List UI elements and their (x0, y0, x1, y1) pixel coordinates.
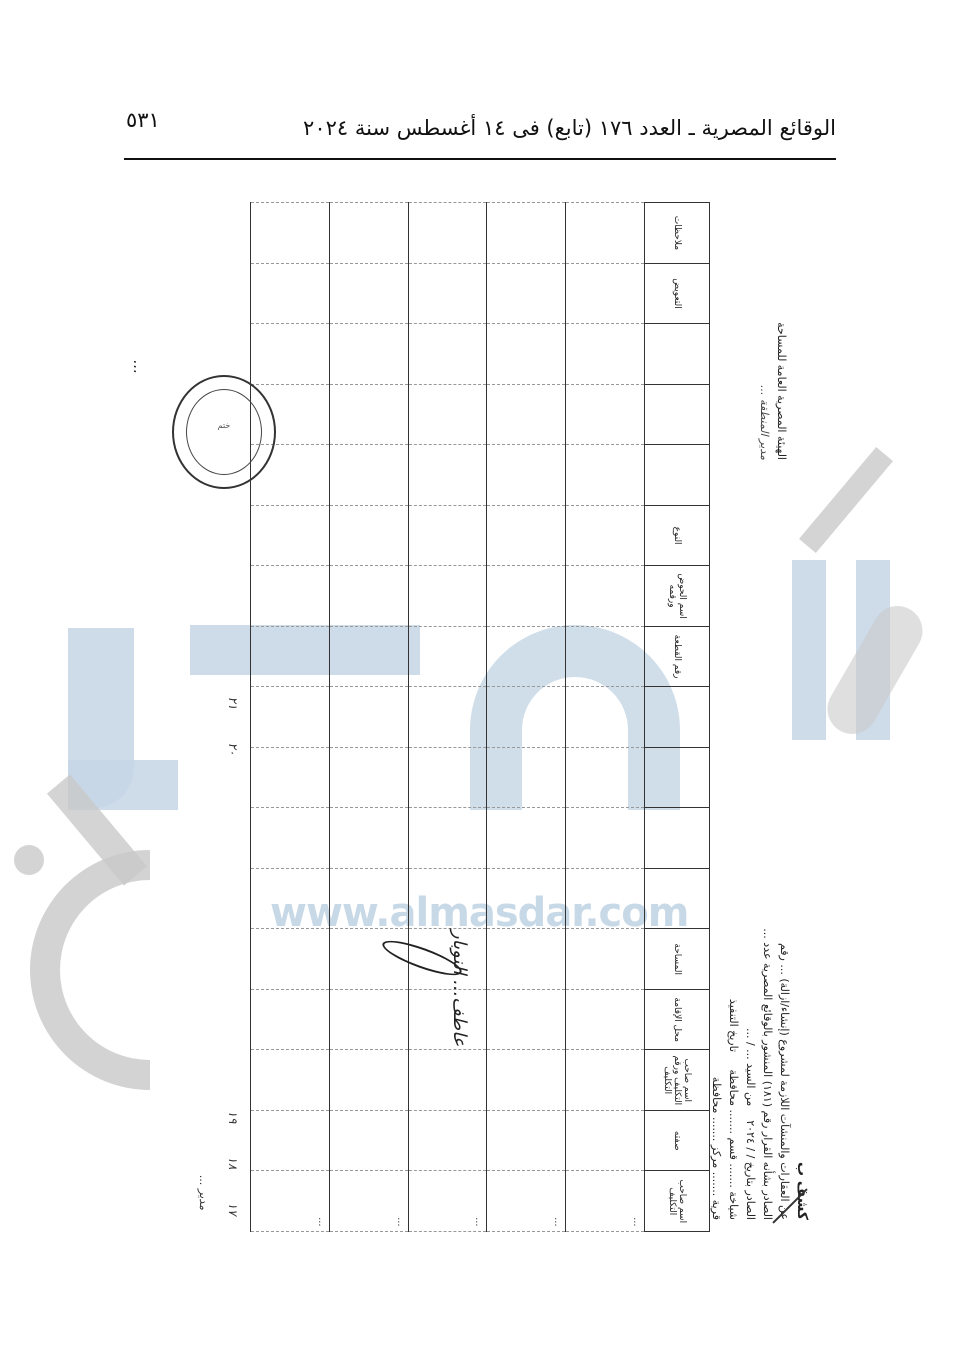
table-cell (487, 626, 566, 687)
row-number: ٢١ (226, 680, 240, 726)
table-cell (408, 445, 487, 506)
table-cell (566, 929, 645, 990)
owner-cell: ... (251, 1171, 330, 1232)
table-row: ... (251, 203, 330, 1232)
table-cell (408, 989, 487, 1050)
table-cell (487, 263, 566, 324)
table-cell (251, 263, 330, 324)
table-cell (408, 687, 487, 748)
table-cell (329, 626, 408, 687)
owner-cell: ... (566, 1171, 645, 1232)
form-heading-line: من السيد ... / ... (744, 1028, 757, 1106)
owner-cell: ... (487, 1171, 566, 1232)
column-header: صفته (645, 1110, 710, 1171)
table-cell (251, 687, 330, 748)
table-cell (329, 324, 408, 385)
column-header: اسم صاحب التكليف ورقم التكليف (645, 1050, 710, 1111)
row-number (226, 956, 240, 1002)
column-header (645, 687, 710, 748)
table-cell (408, 1110, 487, 1171)
table-cell (487, 505, 566, 566)
column-header (645, 445, 710, 506)
table-cell (566, 747, 645, 808)
table-cell (251, 868, 330, 929)
table-cell (487, 747, 566, 808)
table-cell (408, 505, 487, 566)
location-label: قرية (710, 1200, 723, 1220)
row-number (226, 864, 240, 910)
table-cell (329, 203, 408, 264)
table-cell (566, 808, 645, 869)
header-divider (124, 158, 836, 160)
table-cell (487, 566, 566, 627)
location-label: قسم (727, 1138, 740, 1160)
table-cell (487, 1050, 566, 1111)
watermark-shape (14, 845, 44, 875)
table-cell (487, 929, 566, 990)
row-number (226, 910, 240, 956)
table-cell (329, 445, 408, 506)
table-cell (408, 868, 487, 929)
table-cell (251, 566, 330, 627)
table-cell (566, 626, 645, 687)
seal-label: ختم (174, 421, 274, 430)
table-cell (408, 566, 487, 627)
table-cell (487, 324, 566, 385)
page-number: ٥٣١ (126, 108, 160, 132)
table-cell (566, 868, 645, 929)
authority-block: الهيئة المصرية العامة للمساحة مدير المنط… (756, 230, 790, 460)
table-cell (329, 1110, 408, 1171)
location-label: محافظة (727, 1070, 740, 1107)
table-cell (251, 324, 330, 385)
table-cell (329, 929, 408, 990)
table-cell (487, 868, 566, 929)
row-number (226, 1048, 240, 1094)
table-cell (566, 687, 645, 748)
table-cell (408, 808, 487, 869)
table-cell (329, 808, 408, 869)
table-cell (251, 747, 330, 808)
table-cell (329, 687, 408, 748)
form-heading-line: الصادر بتاريخ / / ٢٠٢٤ (744, 1120, 757, 1220)
table-cell (408, 324, 487, 385)
owner-cell: ... (329, 1171, 408, 1232)
table-cell (566, 1050, 645, 1111)
table-cell (566, 263, 645, 324)
row-number (226, 1002, 240, 1048)
table-cell (566, 505, 645, 566)
table-cell (566, 203, 645, 264)
page-header: الوقائع المصرية ـ العدد ١٧٦ (تابع) فى ١٤… (124, 108, 836, 148)
column-header: اسم الحوض ورقمه (645, 566, 710, 627)
table-cell (487, 687, 566, 748)
column-header: اسم صاحب التكليف (645, 1171, 710, 1232)
column-header: ملاحظات (645, 203, 710, 264)
table-cell (251, 1050, 330, 1111)
location-label: شياخة (727, 1191, 740, 1220)
authority-name: الهيئة المصرية العامة للمساحة (773, 230, 790, 460)
table-cell (329, 868, 408, 929)
table-cell (329, 566, 408, 627)
table-cell (566, 384, 645, 445)
table-cell (408, 747, 487, 808)
table-row: ... (487, 203, 566, 1232)
column-header (645, 384, 710, 445)
gazette-title: الوقائع المصرية ـ العدد ١٧٦ (تابع) فى ١٤… (303, 116, 836, 140)
column-header: التعويض (645, 263, 710, 324)
authority-signature: مدير المنطقة ... (756, 230, 773, 460)
column-header (645, 808, 710, 869)
column-header (645, 324, 710, 385)
column-header: محل الإقامة (645, 989, 710, 1050)
table-cell (566, 989, 645, 1050)
location-label: محافظة (710, 1077, 723, 1114)
column-header: المساحة (645, 929, 710, 990)
table-header-row: اسم صاحب التكليفصفتهاسم صاحب التكليف ورق… (645, 203, 710, 1232)
table-cell (566, 445, 645, 506)
table-cell (408, 384, 487, 445)
table-cell (487, 989, 566, 1050)
table-cell (251, 505, 330, 566)
table-cell (566, 566, 645, 627)
table-cell (487, 203, 566, 264)
property-table: اسم صاحب التكليفصفتهاسم صاحب التكليف ورق… (250, 202, 710, 1232)
column-header: رقم القطعة (645, 626, 710, 687)
owner-cell: ... (408, 1171, 487, 1232)
row-number: ١٧ (226, 1186, 240, 1232)
scanned-form-content: كشف ب عن العقارات والمنشآت اللازمة لمشرو… (130, 190, 830, 1250)
table-cell (566, 1110, 645, 1171)
table-cell (487, 808, 566, 869)
row-number: ١٨ (226, 1140, 240, 1186)
row-number (226, 772, 240, 818)
row-number: ٢٠ (226, 726, 240, 772)
scanned-form: كشف ب عن العقارات والمنشآت اللازمة لمشرو… (130, 190, 830, 1250)
location-label: مركز (710, 1145, 723, 1168)
table-cell (251, 626, 330, 687)
table-cell (251, 808, 330, 869)
table-row: ... (408, 203, 487, 1232)
table-cell (487, 445, 566, 506)
official-seal: ختم (172, 375, 276, 489)
table-cell (329, 384, 408, 445)
table-cell (487, 1110, 566, 1171)
table-cell (329, 505, 408, 566)
table-cell (329, 989, 408, 1050)
column-header (645, 868, 710, 929)
table-cell (408, 1050, 487, 1111)
form-title: كشف ب (793, 220, 810, 1220)
row-number: ١٩ (226, 1094, 240, 1140)
table-cell (408, 626, 487, 687)
table-cell (329, 263, 408, 324)
table-cell (408, 263, 487, 324)
table-cell (251, 1110, 330, 1171)
date-label: تاريخ التنفيذ (727, 999, 740, 1052)
table-row: ... (329, 203, 408, 1232)
table-row: ... (566, 203, 645, 1232)
table-cell (408, 203, 487, 264)
table-cell (251, 989, 330, 1050)
table-cell (251, 203, 330, 264)
table-cell (487, 384, 566, 445)
row-number (226, 818, 240, 864)
table-cell (566, 324, 645, 385)
table-cell (251, 929, 330, 990)
table-cell (329, 747, 408, 808)
row-number-line: ١٧١٨١٩٢٠٢١ (226, 202, 240, 1232)
main-signature: عاطف... النوبار (449, 930, 470, 1046)
column-header (645, 747, 710, 808)
side-signature: ... (130, 360, 148, 374)
table-cell (329, 1050, 408, 1111)
column-header: النوع (645, 505, 710, 566)
